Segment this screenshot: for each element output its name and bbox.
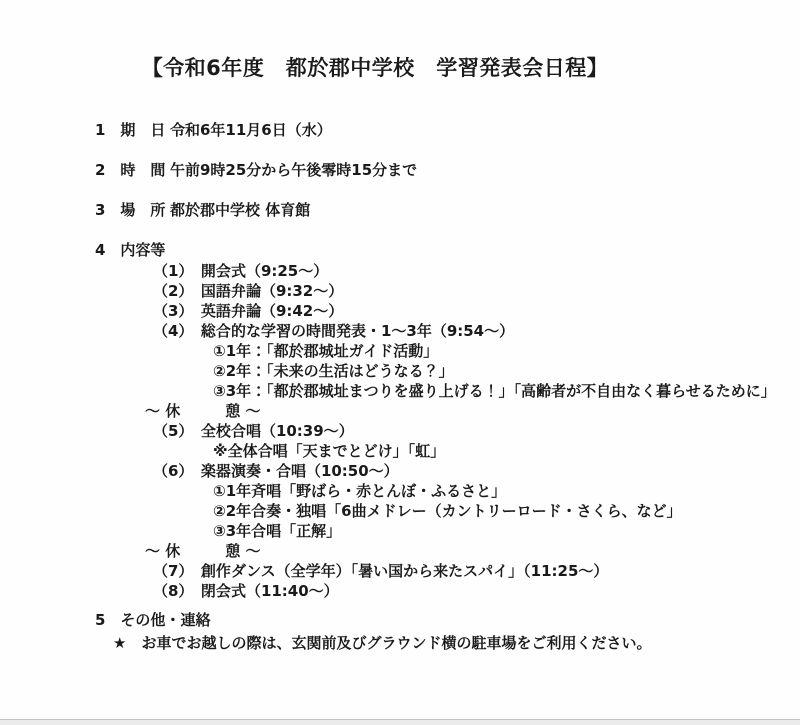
program-list: （1） 開会式（9:25～）（2） 国語弁論（9:32～）（3） 英語弁論（9:… [95, 261, 800, 601]
document-body: 1 期 日 令和6年11月6日（水） 2 時 間 午前9時25分から午後零時15… [95, 120, 800, 653]
parking-note: ★ お車でお越しの際は、玄関前及びグラウンド横の駐車場をご利用ください。 [113, 633, 800, 653]
program-item-4: （4） 総合的な学習の時間発表・1～3年（9:54～） [153, 321, 800, 341]
info-row-time: 2 時 間 午前9時25分から午後零時15分まで [95, 160, 800, 180]
break-line-1: ～ 休 憩 ～ [145, 401, 800, 421]
program-item-4-3: ③3年：「都於郡城址まつりを盛り上げる！」「高齢者が不自由なく暮らせるために」 [213, 381, 800, 401]
info-row-date: 1 期 日 令和6年11月6日（水） [95, 120, 800, 140]
place-label: 3 場 所 [95, 200, 170, 220]
date-label: 1 期 日 [95, 120, 170, 140]
document-title: 【令和6年度 都於郡中学校 学習発表会日程】 [0, 0, 750, 82]
program-item-2: （2） 国語弁論（9:32～） [153, 281, 800, 301]
program-item-6: （6） 楽器演奏・合唱（10:50～） [153, 461, 800, 481]
program-item-5-note: ※全体合唱「天までとどけ」「虹」 [213, 441, 800, 461]
document-page: 【令和6年度 都於郡中学校 学習発表会日程】 1 期 日 令和6年11月6日（水… [0, 0, 800, 725]
time-label: 2 時 間 [95, 160, 170, 180]
time-value: 午前9時25分から午後零時15分まで [170, 160, 417, 180]
program-item-1: （1） 開会式（9:25～） [153, 261, 800, 281]
program-item-8: （8） 閉会式（11:40～） [153, 581, 800, 601]
program-item-4-2: ②2年：「未来の生活はどうなる？」 [213, 361, 800, 381]
program-item-6-2: ②2年合奏・独唱「6曲メドレー（カントリーロード・さくら、など」 [213, 501, 800, 521]
program-item-5: （5） 全校合唱（10:39～） [153, 421, 800, 441]
program-item-4-1: ①1年：「都於郡城址ガイド活動」 [213, 341, 800, 361]
program-item-7: （7） 創作ダンス（全学年）「暑い国から来たスパイ」（11:25～） [153, 561, 800, 581]
info-row-place: 3 場 所 都於郡中学校 体育館 [95, 200, 800, 220]
program-item-6-3: ③3年合唱「正解」 [213, 521, 800, 541]
section-4-heading: 4 内容等 [95, 240, 800, 260]
break-line-2: ～ 休 憩 ～ [145, 541, 800, 561]
date-value: 令和6年11月6日（水） [170, 120, 332, 140]
section-5-heading: 5 その他・連絡 [95, 610, 800, 630]
page-bottom-edge [0, 719, 800, 725]
place-value: 都於郡中学校 体育館 [170, 200, 310, 220]
program-item-6-1: ①1年斉唱「野ばら・赤とんぼ・ふるさと」 [213, 481, 800, 501]
program-item-3: （3） 英語弁論（9:42～） [153, 301, 800, 321]
